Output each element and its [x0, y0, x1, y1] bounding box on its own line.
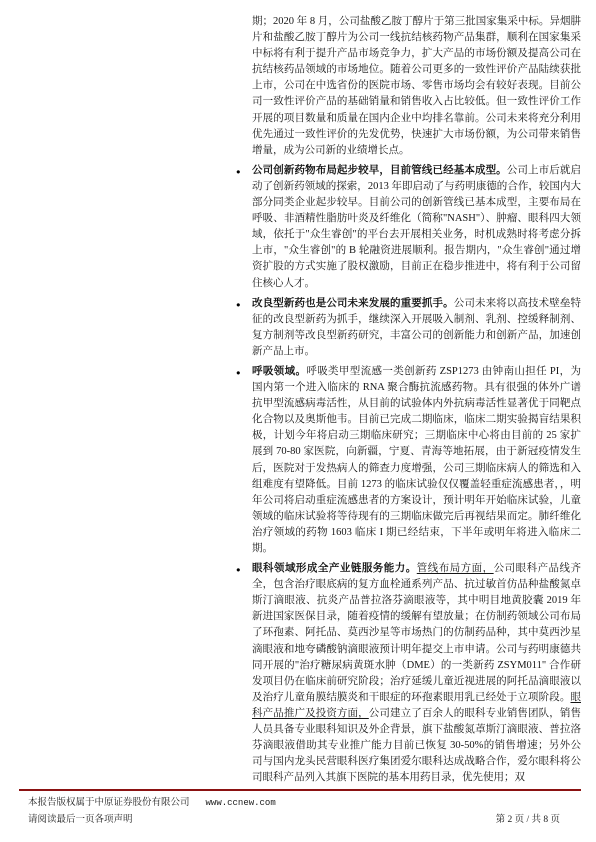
footer-copyright-line: 本报告版权属于中原证券股份有限公司www.ccnew.com	[28, 795, 276, 812]
report-page: 期；2020 年 8 月，公司盐酸乙胺丁醇片于第三批国家集采中标。异烟肼片和盐酸…	[0, 0, 596, 842]
footer-divider	[19, 789, 581, 791]
paragraph: 期；2020 年 8 月，公司盐酸乙胺丁醇片于第三批国家集采中标。异烟肼片和盐酸…	[252, 14, 581, 159]
footer: 本报告版权属于中原证券股份有限公司www.ccnew.com 请阅读最后一页各项…	[28, 795, 560, 828]
text-segment-normal: 期；2020 年 8 月，公司盐酸乙胺丁醇片于第三批国家集采中标。异烟肼片和盐酸…	[252, 16, 581, 156]
text-segment-underline: 管线布局方面，	[417, 563, 494, 574]
text-segment-normal: 公司眼科产品线齐全，包含治疗眼底病的复方血栓通系列产品、抗过敏首仿品种盐酸氮卓斯…	[252, 563, 581, 703]
bullet-paragraph: 眼科领域形成全产业链服务能力。管线布局方面，公司眼科产品线齐全，包含治疗眼底病的…	[252, 561, 581, 786]
bullet-paragraph: 改良型新药也是公司未来发展的重要抓手。公司未来将以高技术壁垒特征的改良型新药为抓…	[252, 296, 581, 360]
text-segment-bold: 公司创新药物布局起步较早，目前管线已经基本成型。	[252, 165, 507, 176]
text-segment-normal: 公司上市后就启动了创新药领域的探索，2013 年即启动了与药明康德的合作，较国内…	[252, 165, 581, 289]
text-segment-bold: 眼科领域形成全产业链服务能力。	[252, 563, 417, 574]
footer-left-block: 本报告版权属于中原证券股份有限公司www.ccnew.com 请阅读最后一页各项…	[28, 795, 276, 828]
bullet-paragraph: 公司创新药物布局起步较早，目前管线已经基本成型。公司上市后就启动了创新药领域的探…	[252, 163, 581, 292]
text-segment-bold: 呼吸领域。	[252, 366, 306, 377]
footer-copyright: 本报告版权属于中原证券股份有限公司	[28, 798, 190, 808]
footer-page-number: 第 2 页 / 共 8 页	[496, 812, 560, 829]
footer-website-link[interactable]: www.ccnew.com	[206, 798, 276, 808]
text-segment-bold: 改良型新药也是公司未来发展的重要抓手。	[252, 298, 454, 309]
text-segment-normal: 公司建立了百余人的眼科专业销售团队，销售人员具备专业眼科知识及外企背景，旗下盐酸…	[252, 708, 581, 783]
report-body: 期；2020 年 8 月，公司盐酸乙胺丁醇片于第三批国家集采中标。异烟肼片和盐酸…	[252, 14, 581, 790]
bullet-paragraph: 呼吸领域。呼吸类甲型流感一类创新药 ZSP1273 由钟南山担任 PI，为国内第…	[252, 364, 581, 557]
text-segment-normal: 呼吸类甲型流感一类创新药 ZSP1273 由钟南山担任 PI，为国内第一个进入临…	[252, 366, 581, 554]
footer-disclaimer: 请阅读最后一页各项声明	[28, 812, 276, 829]
